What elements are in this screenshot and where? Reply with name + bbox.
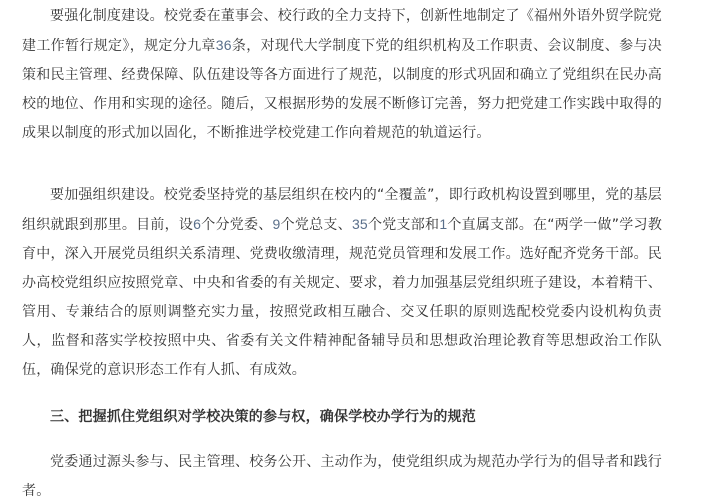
paragraph-text: 个直属支部。在“两学一做”学习教育中，深入开展党员组织关系清理、党费收缴清理，规… — [22, 217, 662, 378]
paragraph-text: 个党总支、 — [281, 217, 352, 233]
number-general-branches: 9 — [273, 216, 281, 232]
number-branch-committees: 6 — [193, 216, 201, 232]
number-branches: 35 — [352, 216, 368, 232]
section-heading: 三、把握抓住党组织对学校决策的参与权，确保学校办学行为的规范 — [22, 403, 476, 432]
paragraph-text: 个党支部和 — [368, 217, 439, 233]
paragraph-system-building: 要强化制度建设。校党委在董事会、校行政的全力支持下，创新性地制定了《福州外语外贸… — [22, 2, 662, 148]
paragraph-party-committee: 党委通过源头参与、民主管理、校务公开、主动作为，使党组织成为规范办学行为的倡导者… — [22, 448, 662, 504]
number-chapters: 36 — [216, 37, 232, 53]
paragraph-organization-building: 要加强组织建设。校党委坚持党的基层组织在校内的“全覆盖”，即行政机构设置到哪里，… — [22, 181, 662, 385]
paragraph-text: 个分党委、 — [201, 217, 272, 233]
